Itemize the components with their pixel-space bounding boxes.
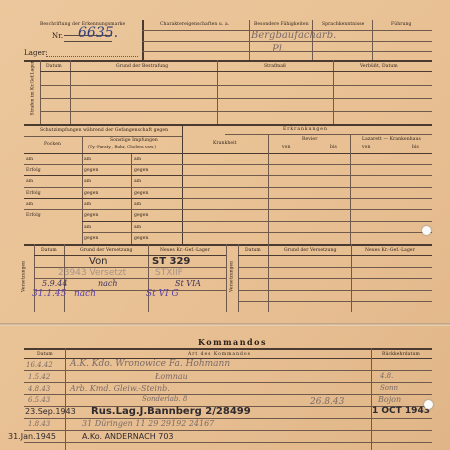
impf-cell: gegen (84, 168, 99, 173)
vers-entry-grund-2: nach (98, 279, 118, 288)
kdo-art-3: Sonderlab. 8 (142, 395, 187, 403)
kommandos-col-art: Art des Kommandos (188, 352, 251, 357)
kdo-art-2: Arb. Kmd. Gleiw.-Steinb. (70, 384, 170, 393)
impf-cell: am (26, 157, 33, 162)
kdo-rueck-4: 1 OCT 1943 (372, 406, 430, 416)
vers-right-col-grund: Grund der Versetzung (284, 248, 336, 253)
vers-entry-lager-1: STXIIF (155, 268, 183, 278)
kdo-art-4: Rus.Lag.J.Bannberg 2/28499 (91, 406, 251, 417)
fold-line (0, 323, 450, 326)
vers-entry-datum-2: 5.9.44 (42, 279, 67, 288)
kdo-rueck-2: Sonn (380, 384, 398, 392)
impf-cell: am (134, 157, 141, 162)
kdo-art-6: A.Ko. ANDERNACH 703 (82, 432, 174, 441)
impf-cell: gegen (134, 191, 149, 196)
faehigkeiten-value2: Pl. (272, 44, 285, 55)
impf-cell: am (134, 225, 141, 230)
vers-entry-grund-0: Von (89, 256, 108, 267)
kdo-datum-4: 23.Sep.1943 (25, 407, 76, 416)
erkrankungen-col-lazarett: Lazarett — Krankenhaus (362, 137, 421, 142)
versetzungen-left-side-label: Versetzungen (22, 257, 27, 297)
impf-cell: gegen (84, 213, 99, 218)
faehigkeiten-label: Besondere Fähigkeiten (254, 22, 309, 27)
vers-right-col-datum: Datum (245, 248, 261, 253)
impf-cell: am (26, 202, 33, 207)
kommandos-col-rueck: Rückkehrdatum (382, 352, 420, 357)
vers-entry-grund-3: nach (74, 289, 96, 299)
kdo-datum-2: 4.8.43 (28, 385, 50, 393)
strafen-col-grund: Grund der Bestrafung (116, 64, 168, 69)
vers-entry-grund-1: 23943 Versetzt (58, 268, 126, 278)
impf-cell: am (84, 179, 91, 184)
kdo-note-4: 26.8.43 (310, 397, 344, 407)
kdo-datum-0: 16.4.42 (26, 361, 53, 369)
vers-right-col-lager: Neues Kr.-Gef.-Lager (365, 248, 415, 253)
impf-cell: gegen (134, 168, 149, 173)
erkrankungen-title: Erkrankungen (283, 127, 328, 132)
impfungen-col-pocken: Pocken (44, 142, 61, 147)
vers-left-col-lager: Neues Kr.-Gef.-Lager (160, 248, 210, 253)
impf-cell: Erfolg (26, 213, 41, 218)
vers-entry-lager-0: ST 329 (152, 256, 190, 267)
erkrankungen-col-krankheit: Krankheit (213, 141, 237, 146)
kdo-rueck-1: 4.8. (380, 372, 393, 380)
impf-cell: gegen (84, 236, 99, 241)
kdo-art-1: Łomnau (155, 372, 188, 381)
punch-hole (424, 400, 433, 409)
vers-left-col-datum: Datum (41, 248, 57, 253)
kdo-datum-1: 1.5.42 (28, 373, 50, 381)
impf-cell: am (134, 179, 141, 184)
impf-cell: am (84, 225, 91, 230)
erkrankungen-revier-von: von (282, 145, 290, 150)
punch-hole (422, 226, 431, 235)
impf-cell: gegen (84, 191, 99, 196)
strafen-col-strafmass: Strafmaß (264, 64, 286, 69)
erkrankungen-col-revier: Revier (302, 137, 317, 142)
charakter-label: Charaktereigenschaften u. a. (160, 22, 229, 27)
versetzungen-right-side-label: Versetzungen (230, 257, 235, 297)
strafen-col-datum: Datum (46, 64, 62, 69)
lager-label: Lager: (24, 49, 48, 57)
impf-cell: Erfolg (26, 191, 41, 196)
kdo-datum-5: 1.8.43 (28, 420, 50, 428)
vers-entry-datum-3: 31.1.45 (32, 289, 66, 299)
erkrankungen-lazarett-bis: bis (412, 145, 419, 150)
strafen-side-label: Strafen im Kr.Gef.Lager (31, 66, 36, 116)
vers-entry-lager-2: St VIA (175, 279, 201, 288)
nr-label: Nr. (52, 32, 63, 40)
impfungen-title: Schutzimpfungen während der Gefangenscha… (40, 128, 168, 133)
erkrankungen-revier-bis: bis (330, 145, 337, 150)
vers-left-col-grund: Grund der Versetzung (80, 248, 132, 253)
fuehrung-label: Führung (391, 22, 411, 27)
kdo-art-0: A.K. Kdo. Wronowice Fa. Hohmann (70, 359, 230, 369)
vers-entry-lager-3: St VI G (146, 289, 179, 299)
kommandos-title: Kommandos (198, 337, 267, 347)
faehigkeiten-value: Bergbaufacharb. (251, 30, 336, 41)
impf-cell: am (84, 202, 91, 207)
impf-cell: am (84, 157, 91, 162)
impfungen-col-sonstige-sub: (Ty.-Paraty., Ruhr, Cholera usw.) (88, 144, 156, 149)
impf-cell: Erfolg (26, 168, 41, 173)
kdo-datum-3: 6.5.43 (28, 396, 50, 404)
impfungen-col-sonstige: Sonstige Impfungen (110, 138, 158, 143)
lager-field[interactable] (46, 56, 138, 57)
impf-cell: am (26, 179, 33, 184)
kdo-datum-6: 31.Jan.1945 (8, 432, 56, 441)
strafen-col-verbuesst: Verbüßt, Datum (360, 64, 398, 69)
nr-value: 6635. (78, 25, 118, 41)
impf-cell: gegen (134, 236, 149, 241)
kdo-rueck-3: Bojon (378, 395, 401, 404)
kdo-art-5: 31 Düringen 11 29 29192 24167 (82, 419, 214, 428)
erkrankungen-lazarett-von: von (362, 145, 370, 150)
sprachkenntnisse-label: Sprachkenntnisse (322, 22, 364, 27)
kommandos-col-datum: Datum (37, 352, 53, 357)
impf-cell: am (134, 202, 141, 207)
impf-cell: gegen (134, 213, 149, 218)
